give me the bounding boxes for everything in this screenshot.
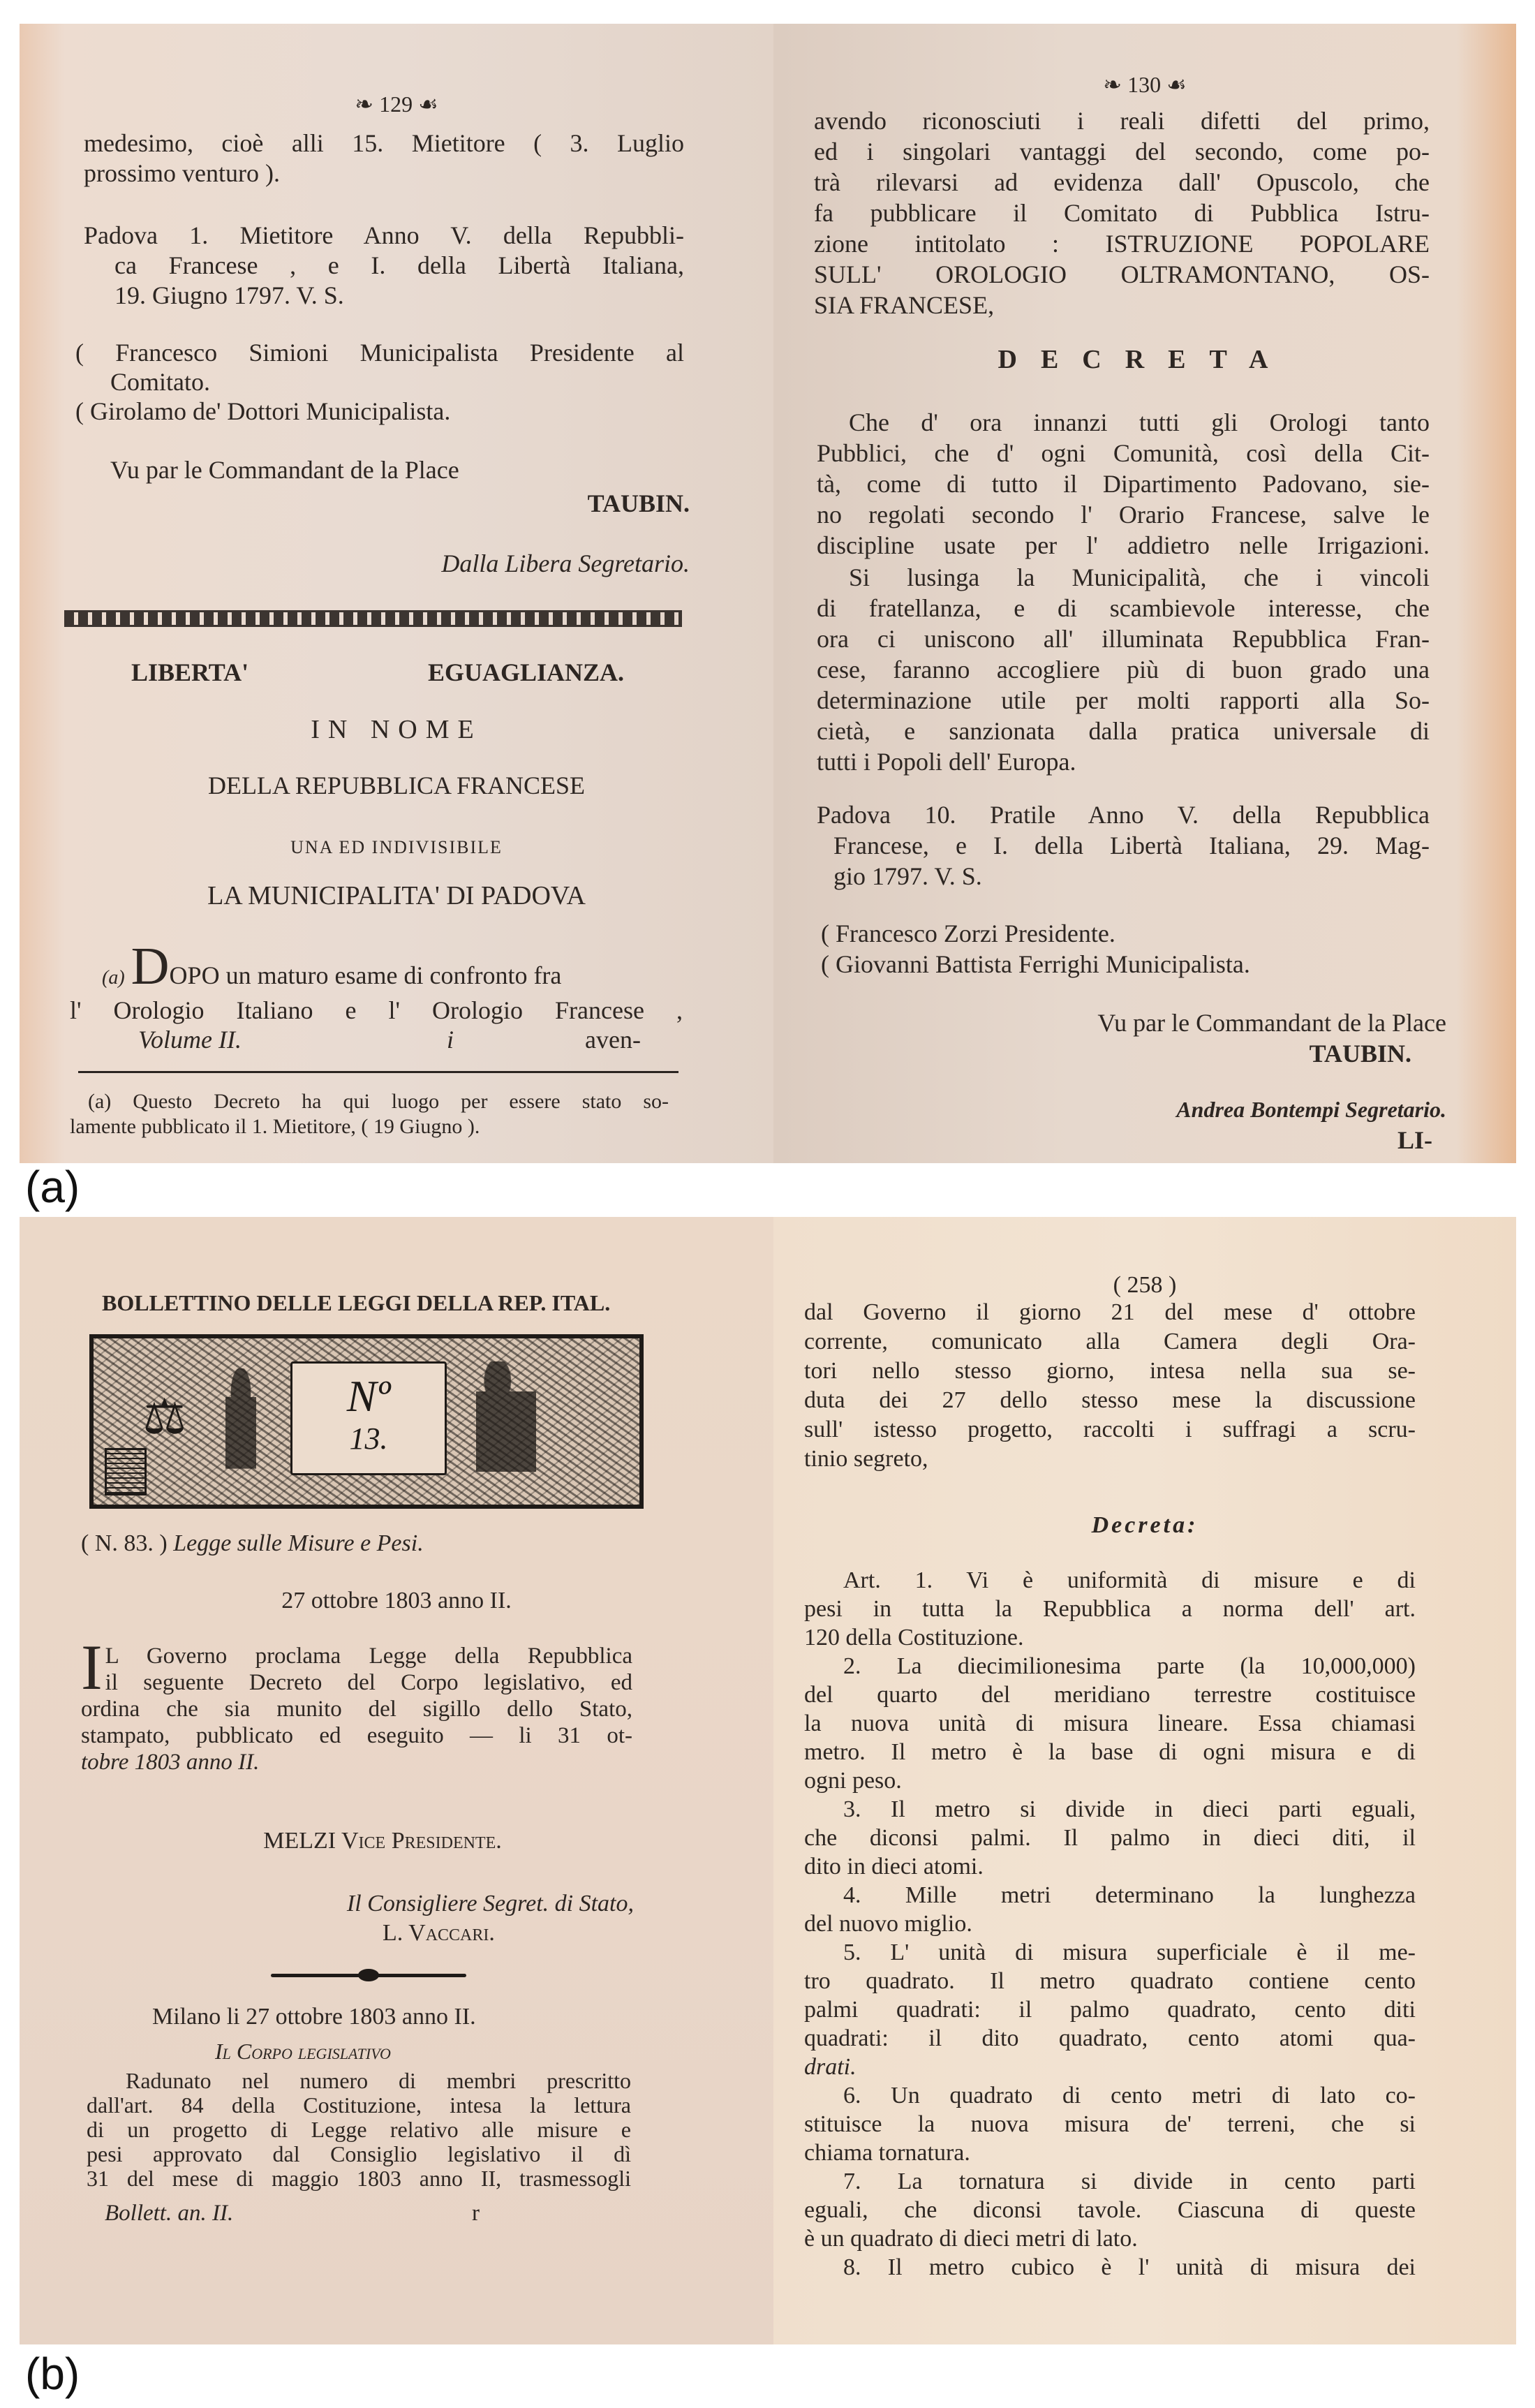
text-line: stituisce la nuova misura de' terreni, c… [804, 2110, 1416, 2139]
continuation-paragraph: dal Governo il giorno 21 del mese d' ott… [804, 1298, 1416, 1474]
issue-cartouche: Nº 13. [290, 1361, 447, 1475]
woodcut-illustration: ⚖ Nº 13. [89, 1334, 644, 1509]
drop-cap: D [131, 937, 170, 996]
article-1: Art. 1. Vi è uniformità di misure e di p… [804, 1566, 1416, 1652]
signature-volume: Volume II. [138, 1025, 242, 1055]
book-icon [105, 1448, 147, 1495]
text-line: duta dei 27 dello stesso mese la discuss… [804, 1386, 1416, 1415]
dateline: gio 1797. V. S. [833, 862, 982, 892]
corpo-body: Radunato nel numero di membri prescritto… [87, 2069, 631, 2191]
text-line: pesi approvato dal Consiglio legislativo… [87, 2142, 631, 2166]
melzi-signature: MELZI Vice Presidente. [20, 1826, 746, 1856]
article-4: 4. Mille metri determinano la lunghezza … [804, 1881, 1416, 1938]
footnote: (a) Questo Decreto ha qui luogo per esse… [88, 1089, 669, 1114]
text-line: l' Orologio Italiano e l' Orologio Franc… [70, 996, 683, 1026]
text-line: 31 del mese di maggio 1803 anno II, tras… [87, 2166, 631, 2191]
text-line: tro quadrato. Il metro quadrato contiene… [804, 1967, 1416, 1995]
numero-mark: Nº [292, 1371, 445, 1422]
text-line: Si lusinga la Municipalità, che i vincol… [849, 563, 1430, 593]
article-7: 7. La tornatura si divide in cento parti… [804, 2167, 1416, 2253]
text-line: dito in dieci atomi. [804, 1852, 1416, 1881]
text-line: stampato, pubblicato ed eseguito — li 31… [81, 1722, 632, 1749]
text-line: SULL' OROLOGIO OLTRAMONTANO, OS- [814, 260, 1430, 290]
signature-mark: r [472, 2199, 480, 2229]
dateline: Padova 10. Pratile Anno V. della Repubbl… [817, 800, 1430, 830]
text-line: Radunato nel numero di membri prescritto [87, 2069, 631, 2093]
text-line: 6. Un quadrato di cento metri di lato co… [804, 2081, 1416, 2110]
text-line: la nuova unità di misura lineare. Essa c… [804, 1709, 1416, 1738]
panel-a-right-page: ❧ 130 ☙ avendo riconosciuti i reali dife… [773, 24, 1516, 1163]
text-line: determinazione utile per molti rapporti … [817, 686, 1430, 716]
issue-number: 13. [292, 1421, 445, 1456]
signature-mark: i [447, 1025, 454, 1055]
text-line: ed i singolari vantaggi del secondo, com… [814, 137, 1430, 167]
text-line: metro. Il metro è la base di ogni misura… [804, 1738, 1416, 1766]
allegorical-figure-icon [202, 1368, 279, 1488]
text-line: 7. La tornatura si divide in cento parti [804, 2167, 1416, 2196]
text-line: Art. 1. Vi è uniformità di misure e di [804, 1566, 1416, 1595]
text-line: cese, faranno accogliere più di buon gra… [817, 655, 1430, 685]
text-line: 2. La diecimilionesima parte (la 10,000,… [804, 1652, 1416, 1681]
signatory: ( Giovanni Battista Ferrighi Municipalis… [821, 950, 1250, 980]
scales-of-justice-icon: ⚖ [142, 1388, 186, 1446]
page-number: ❧ 129 ☙ [20, 89, 773, 119]
text-line: palmi quadrati: il palmo quadrato, cento… [804, 1995, 1416, 2024]
bulletin-header: BOLLETTINO DELLE LEGGI DELLA REP. ITAL. [102, 1288, 610, 1318]
panel-b-left-page: BOLLETTINO DELLE LEGGI DELLA REP. ITAL. … [20, 1217, 773, 2344]
text-line: di un progetto di Legge relativo alle mi… [87, 2118, 631, 2142]
text-line: dal Governo il giorno 21 del mese d' ott… [804, 1298, 1416, 1327]
articles-list: Art. 1. Vi è uniformità di misure e di p… [804, 1566, 1416, 2282]
text-line: pesi in tutta la Repubblica a norma dell… [804, 1595, 1416, 1623]
footnote-marker: (a) [102, 967, 125, 989]
text-line: ogni peso. [804, 1766, 1416, 1795]
heading-decreta: Decreta: [773, 1510, 1516, 1540]
text-line: ordina che sia munito del sigillo dello … [81, 1696, 632, 1722]
text-line: chiama tornatura. [804, 2139, 1416, 2167]
text-line: Che d' ora innanzi tutti gli Orologi tan… [849, 408, 1430, 438]
text-line: 3. Il metro si divide in dieci parti egu… [804, 1795, 1416, 1824]
heading-repubblica: DELLA REPUBBLICA FRANCESE [20, 771, 773, 801]
text-line: zione intitolato : ISTRUZIONE POPOLARE [814, 229, 1430, 259]
drop-cap: I [81, 1643, 103, 1692]
signature-volume: Bollett. an. II. [105, 2199, 233, 2229]
law-number: ( N. 83. ) [81, 1530, 168, 1556]
heading-municipalita: LA MUNICIPALITA' DI PADOVA [20, 881, 773, 911]
decorative-rule [271, 1971, 466, 1979]
text-line: 4. Mille metri determinano la lunghezza [804, 1881, 1416, 1910]
signatory: ( Girolamo de' Dottori Municipalista. [75, 397, 450, 427]
text-line: che diconsi palmi. Il palmo in dieci dit… [804, 1824, 1416, 1852]
vu-par-line: Vu par le Commandant de la Place [1097, 1008, 1446, 1038]
text-line: OPO un maturo esame di confronto fra [170, 961, 562, 989]
ornamental-rule [64, 610, 682, 627]
footnote-rule [78, 1071, 678, 1073]
text-line: fa pubblicare il Comitato di Pubblica Is… [814, 198, 1430, 228]
catchword: aven- [585, 1025, 641, 1055]
text-line: drati. [804, 2053, 1416, 2081]
article-5: 5. L' unità di misura superficiale è il … [804, 1938, 1416, 2081]
text-line: 5. L' unità di misura superficiale è il … [804, 1938, 1416, 1967]
text-line: L Governo proclama Legge della Repubblic… [81, 1643, 632, 1669]
text-line: di fratellanza, e di scambievole interes… [817, 593, 1430, 623]
law-heading: ( N. 83. ) Legge sulle Misure e Pesi. [81, 1528, 424, 1558]
text-line: cietà, e sanzionata dalla pratica univer… [817, 716, 1430, 746]
text-line: discipline usate per l' addietro nelle I… [817, 531, 1430, 561]
article-3: 3. Il metro si divide in dieci parti egu… [804, 1795, 1416, 1881]
text-line: avendo riconosciuti i reali difetti del … [814, 106, 1430, 136]
text-line: prossimo venturo ). [84, 158, 684, 189]
secretary-line: Dalla Libera Segretario. [441, 549, 690, 579]
signatory: ( Francesco Simioni Municipalista Presid… [75, 338, 684, 368]
text-line: 120 della Costituzione. [804, 1623, 1416, 1652]
panel-b-right-page: ( 258 ) dal Governo il giorno 21 del mes… [773, 1217, 1516, 2344]
article-2: 2. La diecimilionesima parte (la 10,000,… [804, 1652, 1416, 1795]
text-line: quadrati: il dito quadrato, cento atomi … [804, 2024, 1416, 2053]
heading-in-nome: IN NOME [20, 715, 773, 745]
secretary-line: Andrea Bontempi Segretario. [1176, 1095, 1446, 1125]
corpo-heading: Il Corpo legislativo [215, 2037, 391, 2067]
text-line: medesimo, cioè alli 15. Mietitore ( 3. L… [84, 128, 684, 158]
commandant-name: TAUBIN. [1310, 1039, 1411, 1069]
dateline: Francese, e I. della Libertà Italiana, 2… [833, 831, 1430, 861]
footnote: lamente pubblicato il 1. Mietitore, ( 19… [70, 1114, 670, 1139]
text-line: Pubblici, che d' ogni Comunità, così del… [817, 438, 1430, 468]
dateline: Padova 1. Mietitore Anno V. della Repubb… [84, 221, 684, 251]
catchword: LI- [1397, 1125, 1432, 1155]
signatory: ( Francesco Zorzi Presidente. [821, 919, 1115, 949]
panel-label-a: (a) [25, 1165, 80, 1209]
text-line: il seguente Decreto del Corpo legislativ… [81, 1669, 632, 1696]
text-line: trà rilevarsi ad evidenza dall' Opuscolo… [814, 168, 1430, 198]
text-line: tori nello stesso giorno, intesa nella s… [804, 1357, 1416, 1386]
text-line: 8. Il metro cubico è l' unità di misura … [804, 2253, 1416, 2282]
text-line: no regolati secondo l' Orario Francese, … [817, 500, 1430, 530]
vaccari-signature: L. Vaccari. [383, 1918, 495, 1948]
consigliere-line: Il Consigliere Segret. di Stato, [347, 1889, 634, 1919]
law-date: 27 ottobre 1803 anno II. [20, 1586, 773, 1616]
decree-opening: (a) DOPO un maturo esame di confronto fr… [102, 952, 681, 993]
dateline: ca Francese , e I. della Libertà Italian… [114, 251, 684, 281]
text-line: del nuovo miglio. [804, 1910, 1416, 1938]
page-number: ( 258 ) [773, 1270, 1516, 1300]
heading-decreta: DECRETA [773, 345, 1516, 375]
text-line: SIA FRANCESE, [814, 290, 994, 320]
milano-date: Milano li 27 ottobre 1803 anno II. [152, 2002, 476, 2032]
text-line: del quarto del meridiano terrestre costi… [804, 1681, 1416, 1709]
text-line: tinio segreto, [804, 1445, 1416, 1474]
commandant-name: TAUBIN. [588, 489, 690, 519]
article-6: 6. Un quadrato di cento metri di lato co… [804, 2081, 1416, 2167]
text-line: tà, come di tutto il Dipartimento Padova… [817, 469, 1430, 499]
panel-label-b: (b) [25, 2351, 80, 2396]
text-line: ora ci uniscono all' illuminata Repubbli… [817, 624, 1430, 654]
text-line: eguali, che diconsi tavole. Ciascuna di … [804, 2196, 1416, 2224]
vu-par-line: Vu par le Commandant de la Place [110, 455, 459, 485]
law-title: Legge sulle Misure e Pesi. [173, 1530, 424, 1556]
signatory: Comitato. [110, 367, 210, 397]
dateline: 19. Giugno 1797. V. S. [114, 281, 684, 311]
article-8: 8. Il metro cubico è l' unità di misura … [804, 2253, 1416, 2282]
text-line: corrente, comunicato alla Camera degli O… [804, 1327, 1416, 1357]
heading-una: UNA ED INDIVISIBILE [20, 832, 773, 862]
panel-a-left-page: ❧ 129 ☙ medesimo, cioè alli 15. Mietitor… [20, 24, 773, 1163]
text-line: sull' istesso progetto, raccolti i suffr… [804, 1415, 1416, 1445]
text-line: tutti i Popoli dell' Europa. [817, 747, 1076, 777]
text-line: dall'art. 84 della Costituzione, intesa … [87, 2093, 631, 2118]
motto-eguaglianza: EGUAGLIANZA. [428, 658, 624, 688]
page-number: ❧ 130 ☙ [773, 70, 1516, 100]
allegorical-figure-icon [454, 1361, 563, 1491]
proclamation: I L Governo proclama Legge della Repubbl… [81, 1643, 632, 1775]
text-line: tobre 1803 anno II. [81, 1749, 632, 1775]
text-line: è un quadrato di dieci metri di lato. [804, 2224, 1416, 2253]
motto-liberta: LIBERTA' [131, 658, 249, 688]
